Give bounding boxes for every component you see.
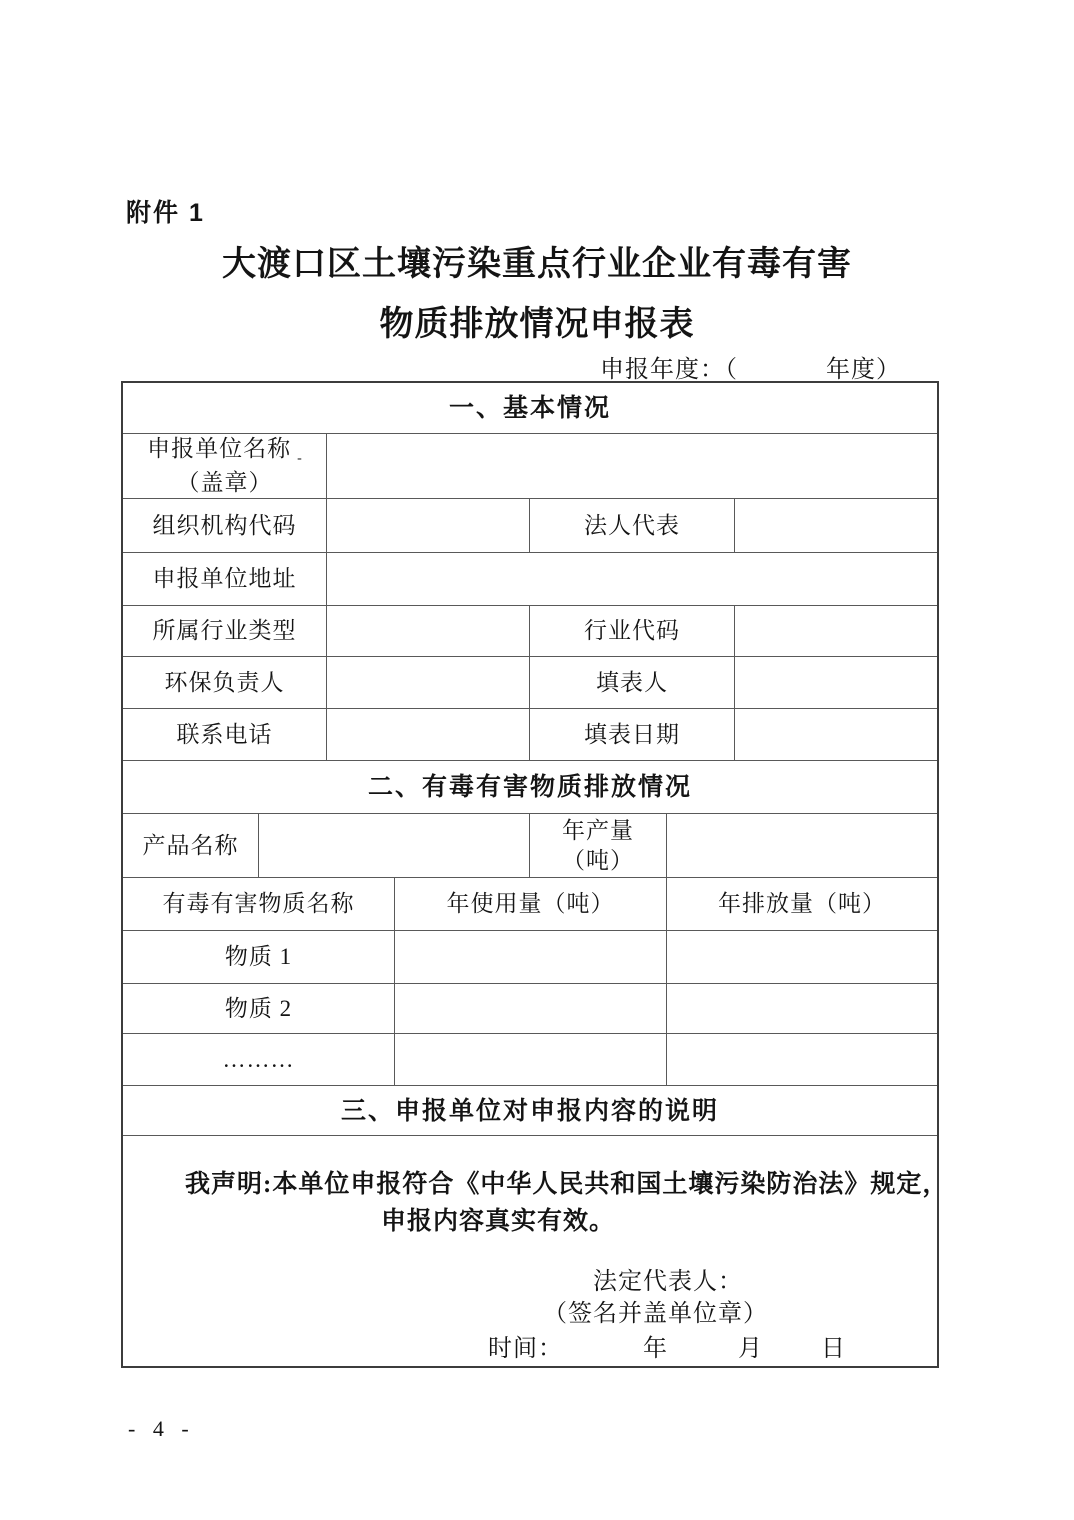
form-table: 一、基本情况 申报单位名称- （盖章） 组织机构代码 法人代表 申报单位地址 所… [121,381,939,1368]
time-label: 时间： [488,1336,563,1362]
annual-output-label-line2: （吨） [562,846,634,876]
stray-mark: - [297,451,302,466]
legal-rep-label-cell: 法人代表 [530,499,735,552]
section2-header-row: 二、有毒有害物质排放情况 [123,761,937,814]
env-officer-row: 环保负责人 填表人 [123,657,937,709]
phone-label-cell: 联系电话 [123,709,327,760]
declaration-line1: 我声明:本单位申报符合《中华人民共和国土壤污染防治法》规定， [185,1170,948,1200]
industry-code-label-cell: 行业代码 [530,606,735,656]
unit-name-row: 申报单位名称- （盖章） [123,434,937,499]
declare-year-line: 申报年度：（年度） [600,349,901,384]
legal-rep-value-cell [735,499,937,552]
form-title: 大渡口区土壤污染重点行业企业有毒有害 物质排放情况申报表 [0,243,1074,347]
document-page: 附件 1 大渡口区土壤污染重点行业企业有毒有害 物质排放情况申报表 申报年度：（… [0,0,1074,1520]
unit-name-value-cell [327,434,937,498]
unit-name-label-line2: （盖章） [177,468,273,498]
substance-more-usage-cell [395,1034,667,1085]
product-row: 产品名称 年产量 （吨） [123,814,937,878]
env-officer-value-cell [327,657,530,708]
industry-code-value-cell [735,606,937,656]
address-row: 申报单位地址 [123,553,937,606]
section2-header: 二、有毒有害物质排放情况 [123,761,937,813]
phone-row: 联系电话 填表日期 [123,709,937,761]
section3-header-row: 三、申报单位对申报内容的说明 [123,1086,937,1136]
annual-output-label-line1: 年产量 [562,816,634,846]
annual-usage-header-cell: 年使用量（吨） [395,878,667,930]
phone-value-cell [327,709,530,760]
substance-2-usage-cell [395,984,667,1033]
annual-emission-header-cell: 年排放量（吨） [667,878,937,930]
product-name-label-cell: 产品名称 [123,814,259,877]
substance-more-label-cell: ……… [123,1034,395,1085]
industry-type-row: 所属行业类型 行业代码 [123,606,937,657]
substance-row-1: 物质 1 [123,931,937,984]
declaration-cell: 我声明:本单位申报符合《中华人民共和国土壤污染防治法》规定， 申报内容真实有效。… [123,1136,937,1366]
attachment-label: 附件 1 [126,193,205,229]
time-year-char: 年 [643,1336,668,1362]
form-title-line1: 大渡口区土壤污染重点行业企业有毒有害 [0,243,1074,287]
substance-row-2: 物质 2 [123,984,937,1034]
substance-1-emission-cell [667,931,937,983]
page-number: - 4 - [128,1416,195,1442]
substance-1-usage-cell [395,931,667,983]
declare-year-suffix: 年度） [826,357,901,383]
substance-more-emission-cell [667,1034,937,1085]
section1-header-row: 一、基本情况 [123,383,937,434]
industry-type-value-cell [327,606,530,656]
address-label-cell: 申报单位地址 [123,553,327,605]
section3-header: 三、申报单位对申报内容的说明 [123,1086,937,1135]
industry-type-label-cell: 所属行业类型 [123,606,327,656]
product-name-value-cell [259,814,530,877]
declare-year-prefix: 申报年度：（ [600,357,738,383]
substance-1-label-cell: 物质 1 [123,931,395,983]
org-code-value-cell [327,499,530,552]
fill-date-label-cell: 填表日期 [530,709,735,760]
fill-date-value-cell [735,709,937,760]
declaration-line2: 申报内容真实有效。 [381,1207,615,1237]
env-officer-label-cell: 环保负责人 [123,657,327,708]
time-month-char: 月 [738,1336,763,1362]
annual-output-label-cell: 年产量 （吨） [530,814,667,877]
substance-2-label-cell: 物质 2 [123,984,395,1033]
unit-name-label: 申报单位名称- [147,434,302,468]
org-code-row: 组织机构代码 法人代表 [123,499,937,553]
form-filler-label-cell: 填表人 [530,657,735,708]
form-title-line2: 物质排放情况申报表 [0,303,1074,347]
annual-output-value-cell [667,814,937,877]
org-code-label-cell: 组织机构代码 [123,499,327,552]
substance-row-more: ……… [123,1034,937,1086]
legal-rep-sign-label: 法定代表人： [593,1267,743,1297]
substance-2-emission-cell [667,984,937,1033]
declaration-row: 我声明:本单位申报符合《中华人民共和国土壤污染防治法》规定， 申报内容真实有效。… [123,1136,937,1366]
address-value-cell [327,553,937,605]
section1-header: 一、基本情况 [123,383,937,433]
sign-time-line: 时间：年月日 [488,1334,846,1364]
sign-note: （签名并盖单位章） [543,1299,768,1329]
unit-name-label-cell: 申报单位名称- （盖章） [123,434,327,498]
substance-name-header-cell: 有毒有害物质名称 [123,878,395,930]
form-filler-value-cell [735,657,937,708]
substance-header-row: 有毒有害物质名称 年使用量（吨） 年排放量（吨） [123,878,937,931]
time-day-char: 日 [821,1336,846,1362]
